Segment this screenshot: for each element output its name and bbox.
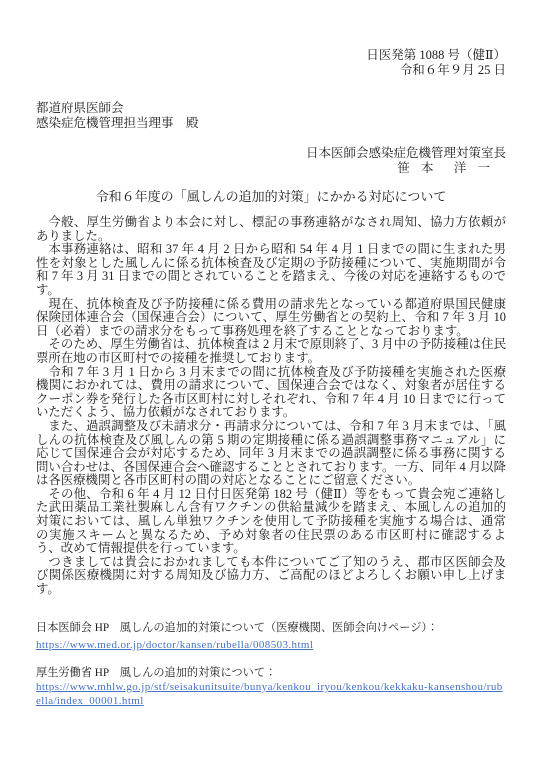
- recipient-organization: 都道府県医師会: [36, 101, 506, 116]
- link-group-mhlw: 厚生労働省 HP 風しんの追加的対策について： https://www.mhlw…: [36, 666, 506, 709]
- document-header: 日医発第 1088 号（健Ⅱ） 令和６年９月 25 日: [36, 48, 506, 77]
- link-group-jma: 日本医師会 HP 風しんの追加的対策について（医療機関、医師会向けページ）： h…: [36, 621, 506, 653]
- link-label: 日本医師会 HP 風しんの追加的対策について（医療機関、医師会向けページ）：: [36, 621, 506, 635]
- body-paragraph: そのため、厚生労働省は、抗体検査は 2 月末で原則終了、3 月中の予防接種は住民…: [36, 338, 506, 365]
- body-paragraph: 今般、厚生労働省より本会に対し、標記の事務連絡がなされ周知、協力方依頼がありまし…: [36, 216, 506, 243]
- sender-name: 笹 本 洋 一: [36, 161, 506, 176]
- doc-number: 日医発第 1088 号（健Ⅱ）: [36, 48, 506, 63]
- doc-date: 令和６年９月 25 日: [36, 63, 506, 78]
- recipient-title: 感染症危機管理担当理事 殿: [36, 116, 506, 131]
- letter-body: 今般、厚生労働省より本会に対し、標記の事務連絡がなされ周知、協力方依頼がありまし…: [36, 216, 506, 597]
- letter-page: 日医発第 1088 号（健Ⅱ） 令和６年９月 25 日 都道府県医師会 感染症危…: [0, 0, 540, 763]
- body-paragraph: また、過誤調整及び未請求分・再請求分については、令和 7 年 3 月末までは、「…: [36, 420, 506, 488]
- sender-title: 日本医師会感染症危機管理対策室長: [36, 146, 506, 161]
- jma-rubella-link[interactable]: https://www.med.or.jp/doctor/kansen/rube…: [36, 638, 313, 652]
- body-paragraph: 令和 7 年 3 月 1 日から 3 月末までの間に抗体検査及び予防接種を実施さ…: [36, 366, 506, 420]
- body-paragraph: 現在、抗体検査及び予防接種に係る費用の請求先となっている都道府県国民健康保険団体…: [36, 298, 506, 339]
- link-label: 厚生労働省 HP 風しんの追加的対策について：: [36, 666, 506, 680]
- recipient-block: 都道府県医師会 感染症危機管理担当理事 殿: [36, 101, 506, 130]
- body-paragraph: つきましては貴会におかれましても本件についてご了知のうえ、郡市区医師会及び関係医…: [36, 556, 506, 597]
- mhlw-rubella-link[interactable]: https://www.mhlw.go.jp/stf/seisakunitsui…: [36, 680, 506, 708]
- reference-links: 日本医師会 HP 風しんの追加的対策について（医療機関、医師会向けページ）： h…: [36, 621, 506, 709]
- body-paragraph: その他、令和 6 年 4 月 12 日付日医発第 182 号（健Ⅱ）等をもって貴…: [36, 488, 506, 556]
- body-paragraph: 本事務連絡は、昭和 37 年 4 月 2 日から昭和 54 年 4 月 1 日ま…: [36, 243, 506, 297]
- sender-block: 日本医師会感染症危機管理対策室長 笹 本 洋 一: [36, 146, 506, 176]
- document-title: 令和６年度の「風しんの追加的対策」にかかる対応について: [36, 189, 506, 204]
